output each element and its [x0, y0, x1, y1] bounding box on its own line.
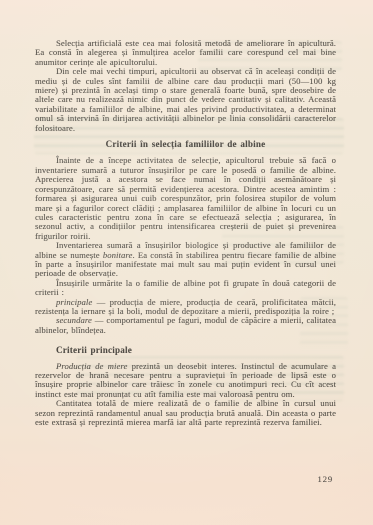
paragraph-main-criteria-1: Producția de miere prezintă un deosebit … — [35, 362, 336, 400]
section-heading-main-criteria: Criterii principale — [35, 346, 336, 355]
scanned-book-page: { "page": { "number": "129" }, "colors":… — [0, 0, 373, 525]
list-item-principale: principale — producția de miere, producț… — [35, 298, 336, 317]
paragraph-main-criteria-2: Cantitatea totală de miere realizată de … — [35, 399, 336, 427]
list-item-secundare: secundare — comportamentul pe faguri, mo… — [35, 316, 336, 335]
paragraph-intro-1: Selecția artificială este cea mai folosi… — [35, 39, 336, 67]
paragraph-criteria-1: Înainte de a începe activitatea de selec… — [35, 156, 336, 241]
page-scan: Selecția artificială este cea mai folosi… — [0, 0, 373, 525]
paragraph-criteria-2: Inventarierea sumară a însușirilor biolo… — [35, 241, 336, 279]
paragraph-criteria-3: Însușirile urmărite la o familie de albi… — [35, 279, 336, 298]
page-text-block: Selecția artificială este cea mai folosi… — [35, 39, 336, 427]
paragraph-intro-2: Din cele mai vechi timpuri, apicultorii … — [35, 67, 336, 133]
section-heading-selection-criteria: Criterii în selecția familiilor de albin… — [35, 140, 336, 149]
page-number: 129 — [317, 474, 333, 484]
